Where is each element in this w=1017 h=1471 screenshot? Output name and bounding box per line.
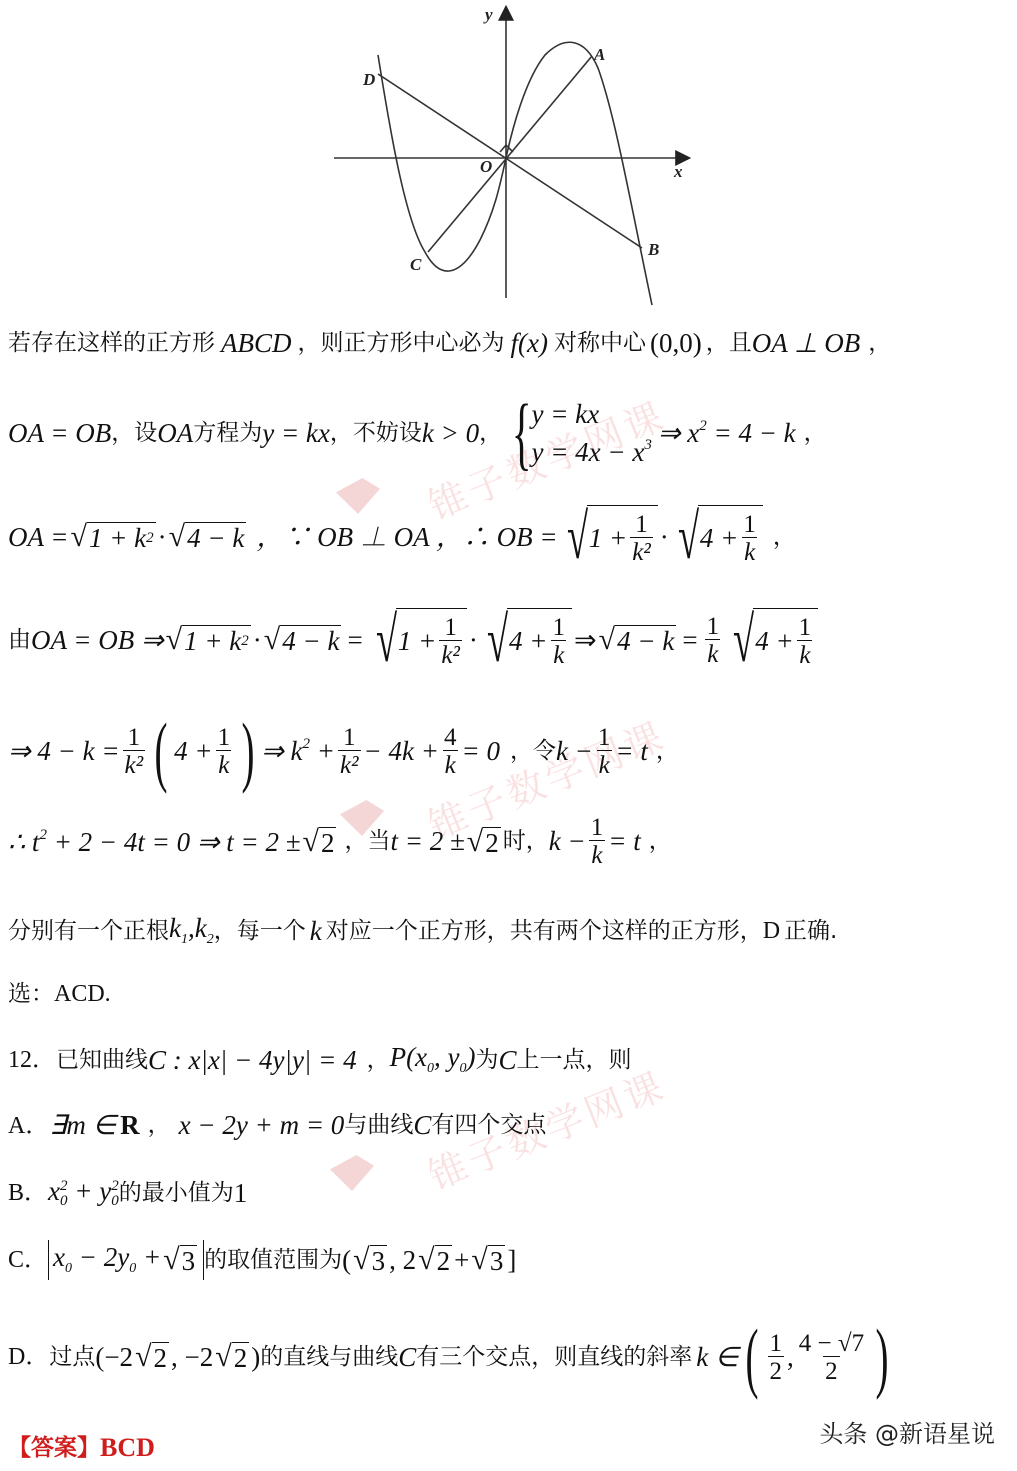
option-c: C． x0 − 2y0 + √3 的取值范围为 ( √3 , 2 √2 + √3…: [8, 1240, 516, 1280]
solution-line-4: 由 OA = OB ⇒ √1 + k2 · √4 − k = √1 +1k² ·…: [8, 608, 820, 672]
cubic-graph-figure: y x O A B C D: [330, 0, 700, 310]
option-a: A． ∃m ∈ R ， x − 2y + m = 0 与曲线 C 有四个交点: [8, 1112, 546, 1139]
option-b: B． x20 + y20 的最小值为 1: [8, 1178, 247, 1209]
solution-line-5: ⇒ 4 − k = 1k² ( 4 + 1k ) ⇒ k2 + 1k² − 4k…: [8, 712, 679, 790]
solution-choice-line: 选： ACD.: [8, 982, 111, 1006]
segment-CA: [428, 56, 592, 252]
watermark-logo: [330, 1155, 374, 1191]
solution-line-6: ∴ t2 + 2 − 4t = 0 ⇒ t = 2 ± √2 ，当 t = 2 …: [8, 815, 672, 868]
label-D: D: [362, 70, 375, 89]
label-y: y: [483, 5, 493, 24]
solution-line-1: 若存在这样的正方形 ABCD ，则正方形中心必为 f(x) 对称中心 (0,0)…: [8, 330, 891, 357]
equation-system: y = kx y = 4x − x3: [531, 401, 651, 466]
platform-watermark: 头条 @新语星说: [819, 1414, 995, 1449]
label-O: O: [480, 157, 492, 176]
solution-line-7: 分别有一个正根 k1,k2 ，每一个 k 对应一个正方形，共有两个这样的正方形，…: [8, 915, 837, 947]
label-B: B: [647, 240, 659, 259]
answer-line: 【答案】 BCD: [8, 1435, 155, 1461]
system-brace: {: [512, 392, 532, 474]
label-C: C: [410, 255, 422, 274]
label-A: A: [593, 45, 605, 64]
solution-line-3: OA = √1 + k2 · √4 − k ，∵ OB ⊥ OA ，∴ OB =…: [8, 505, 796, 569]
question-12-stem: 12． 已知曲线 C : x|x| − 4y|y| = 4 ， P(x0, y0…: [8, 1044, 632, 1076]
solution-line-2: OA = OB ，设 OA 方程为 y = kx ，不妨设 k > 0 ， { …: [8, 392, 827, 474]
option-d: D． 过点 (−2 √2 , −2 √2 ) 的直线与曲线 C 有三个交点，则直…: [8, 1318, 895, 1396]
label-x: x: [673, 162, 683, 181]
segment-DB: [378, 74, 642, 248]
